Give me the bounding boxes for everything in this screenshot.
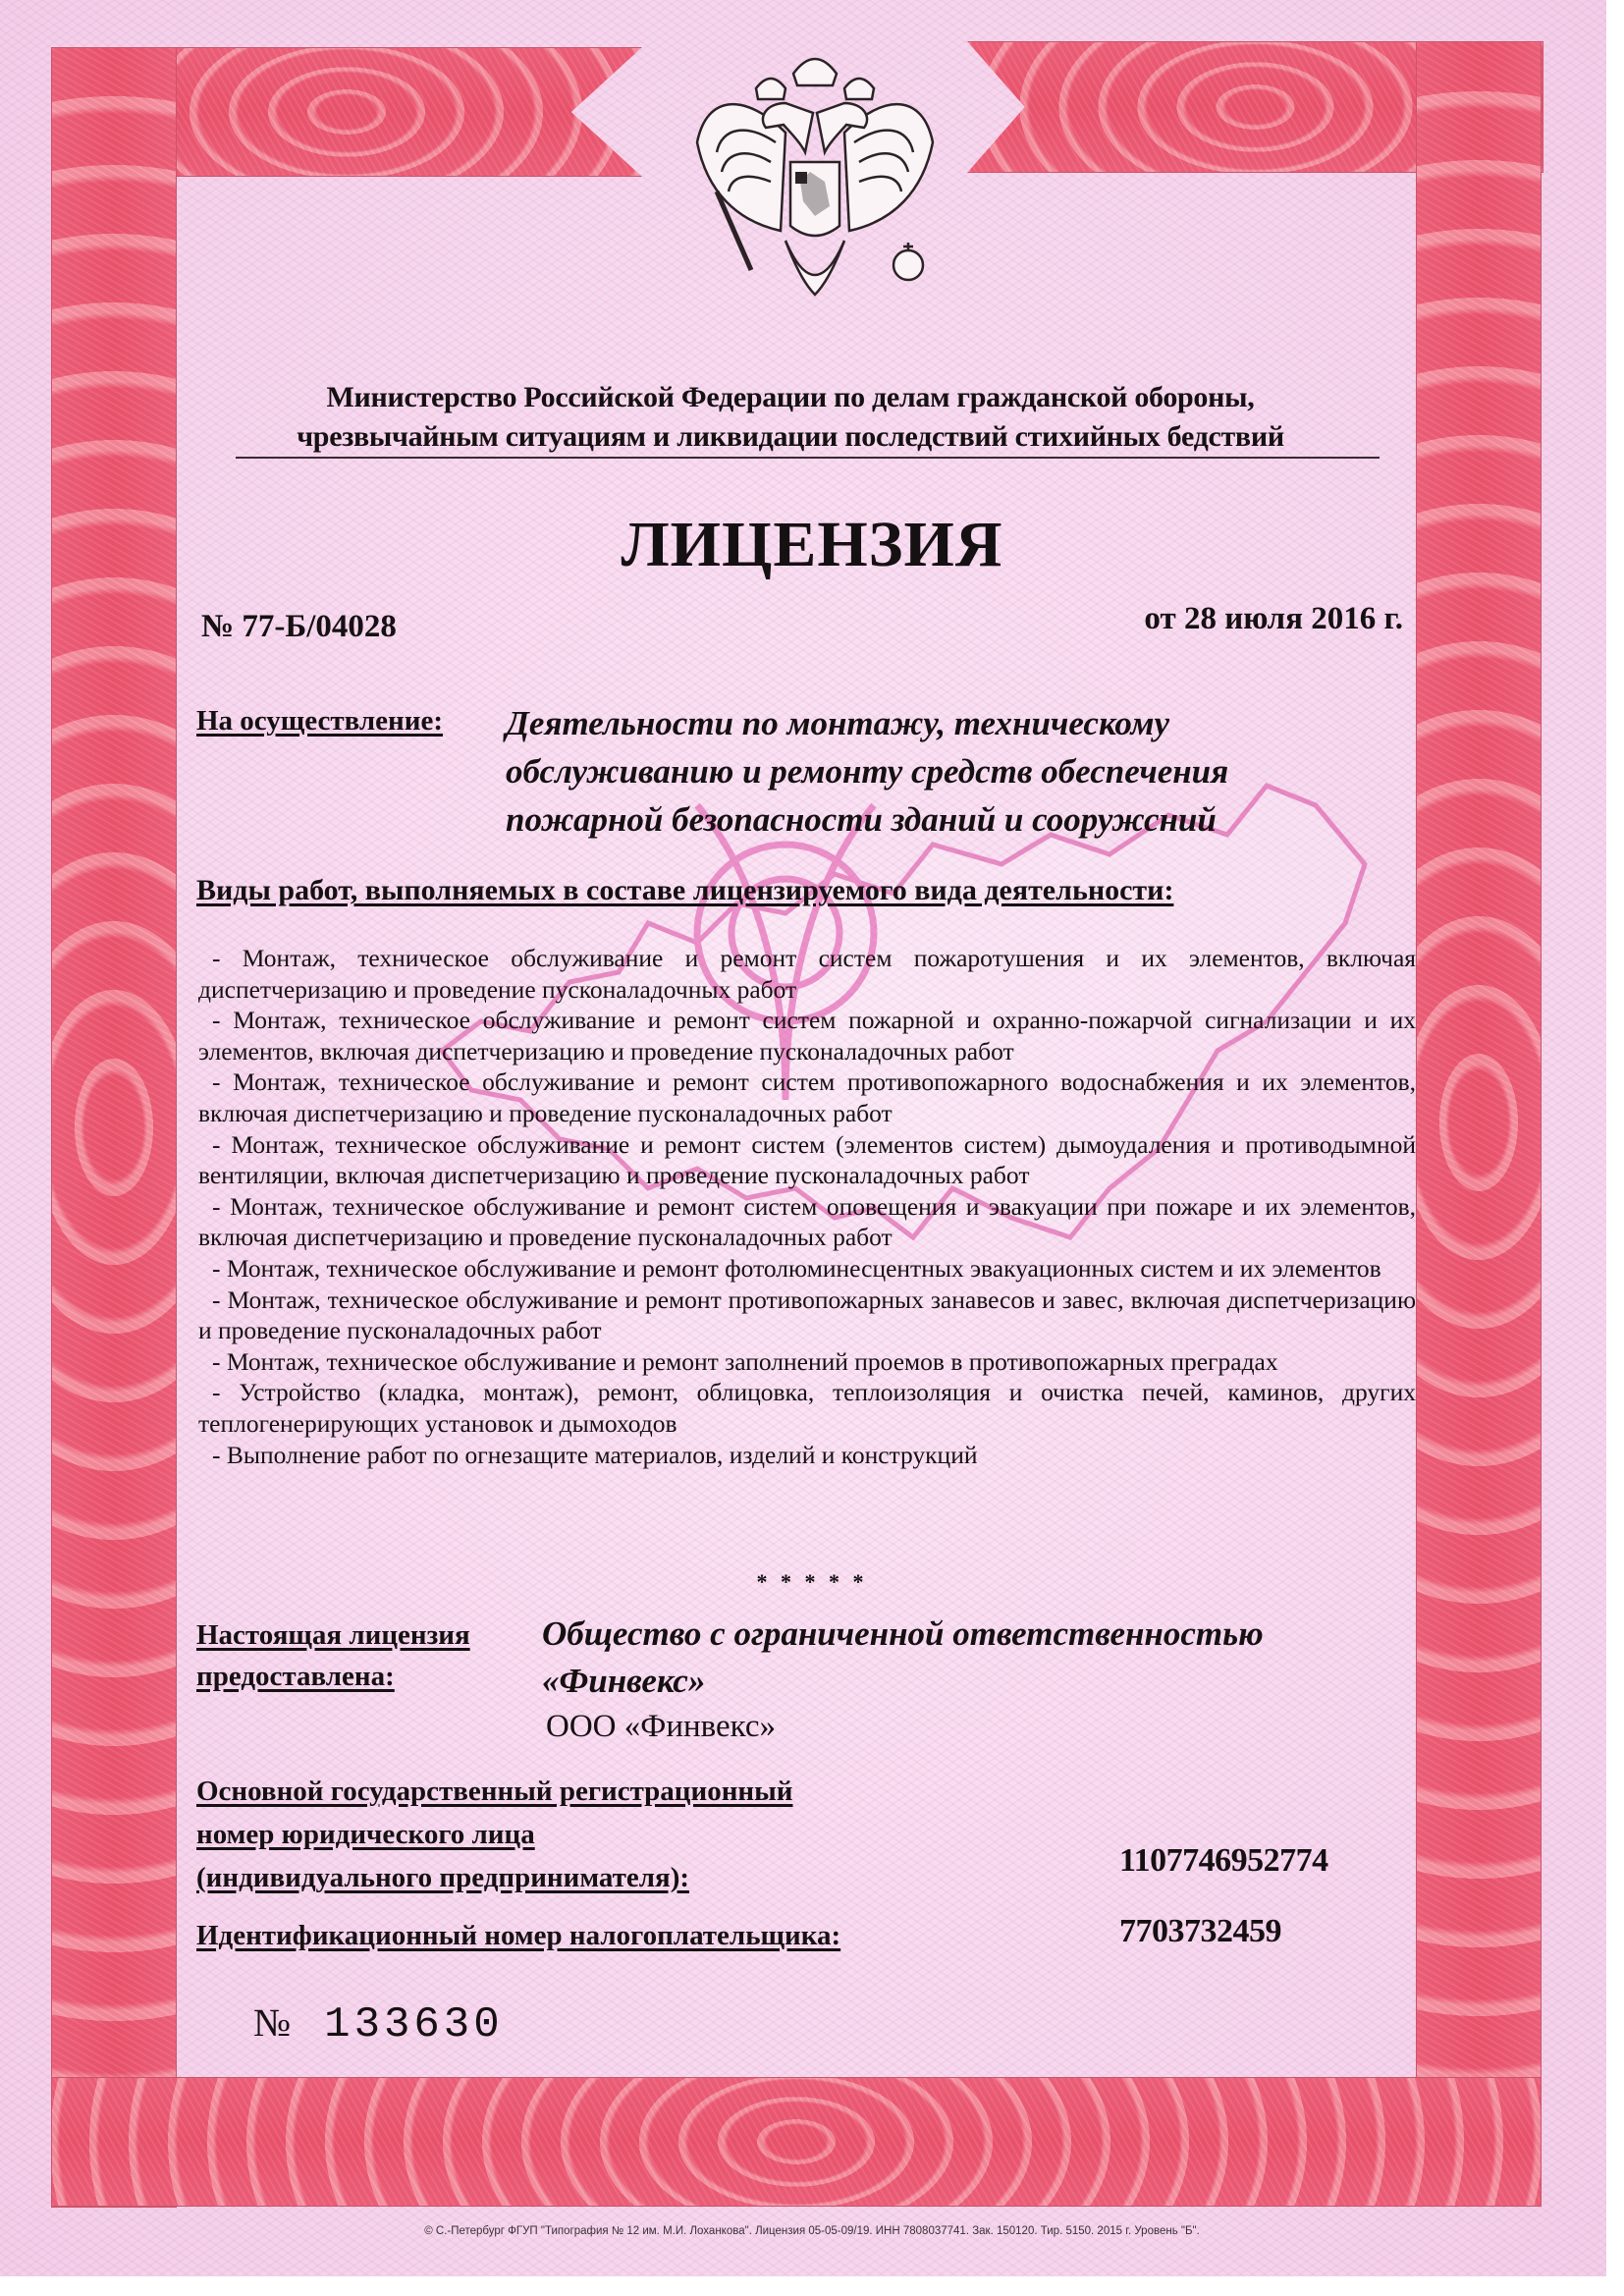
ogrn-value: 1107746952774 xyxy=(1119,1842,1328,1880)
holder-label: Настоящая лицензия предоставлена: xyxy=(196,1614,470,1697)
divider xyxy=(236,457,1380,459)
license-number: № 77-Б/04028 xyxy=(201,609,397,645)
ogrn-label-line: номер юридического лица xyxy=(196,1813,793,1856)
blank-serial-number: №133630 xyxy=(253,1999,504,2050)
ogrn-label: Основной государственный регистрационный… xyxy=(196,1770,793,1899)
number-sign: № xyxy=(253,2000,291,2045)
holder-label-line: предоставлена: xyxy=(196,1656,470,1697)
list-item: - Устройство (кладка, монтаж), ремонт, о… xyxy=(198,1377,1416,1439)
activity-label: На осуществление: xyxy=(196,705,443,738)
license-date: от 28 июля 2016 г. xyxy=(1144,601,1403,637)
document-title: ЛИЦЕНЗИЯ xyxy=(0,511,1624,579)
list-item: - Выполнение работ по огнезащите материа… xyxy=(198,1440,1416,1471)
ogrn-label-line: Основной государственный регистрационный xyxy=(196,1770,793,1813)
russian-coat-of-arms-icon xyxy=(668,34,962,329)
holder-short-name: ООО «Финвекс» xyxy=(546,1709,776,1745)
issuing-authority: Министерство Российской Федерации по дел… xyxy=(177,378,1404,457)
list-item: - Монтаж, техническое обслуживание и рем… xyxy=(198,1066,1416,1128)
holder-label-line: Настоящая лицензия xyxy=(196,1614,470,1656)
activity-description: Деятельности по монтажу, техническому об… xyxy=(506,699,1389,844)
list-item: - Монтаж, техническое обслуживание и рем… xyxy=(198,1129,1416,1191)
list-item: - Монтаж, техническое обслуживание и рем… xyxy=(198,1191,1416,1253)
section-separator: * * * * * xyxy=(0,1569,1624,1595)
list-item: - Монтаж, техническое обслуживание и рем… xyxy=(198,1346,1416,1378)
works-list: - Монтаж, техническое обслуживание и рем… xyxy=(198,943,1416,1470)
ogrn-label-line: (индивидуального предпринимателя): xyxy=(196,1856,793,1899)
list-item: - Монтаж, техническое обслуживание и рем… xyxy=(198,1005,1416,1066)
holder-full-name: Общество с ограниченной ответственностью… xyxy=(542,1611,1426,1705)
license-content: Министерство Российской Федерации по дел… xyxy=(0,0,1624,2296)
inn-label: Идентификационный номер налогоплательщик… xyxy=(196,1920,840,1952)
list-item: - Монтаж, техническое обслуживание и рем… xyxy=(198,943,1416,1005)
inn-value: 7703732459 xyxy=(1119,1913,1281,1950)
list-item: - Монтаж, техническое обслуживание и рем… xyxy=(198,1253,1416,1285)
serial-value: 133630 xyxy=(324,2000,503,2050)
ministry-line: чрезвычайным ситуациям и ликвидации посл… xyxy=(177,417,1404,457)
printer-imprint: © С.-Петербург ФГУП "Типография № 12 им.… xyxy=(0,2225,1624,2237)
ministry-line: Министерство Российской Федерации по дел… xyxy=(177,378,1404,417)
works-heading: Виды работ, выполняемых в составе лиценз… xyxy=(196,874,1173,907)
list-item: - Монтаж, техническое обслуживание и рем… xyxy=(198,1285,1416,1346)
